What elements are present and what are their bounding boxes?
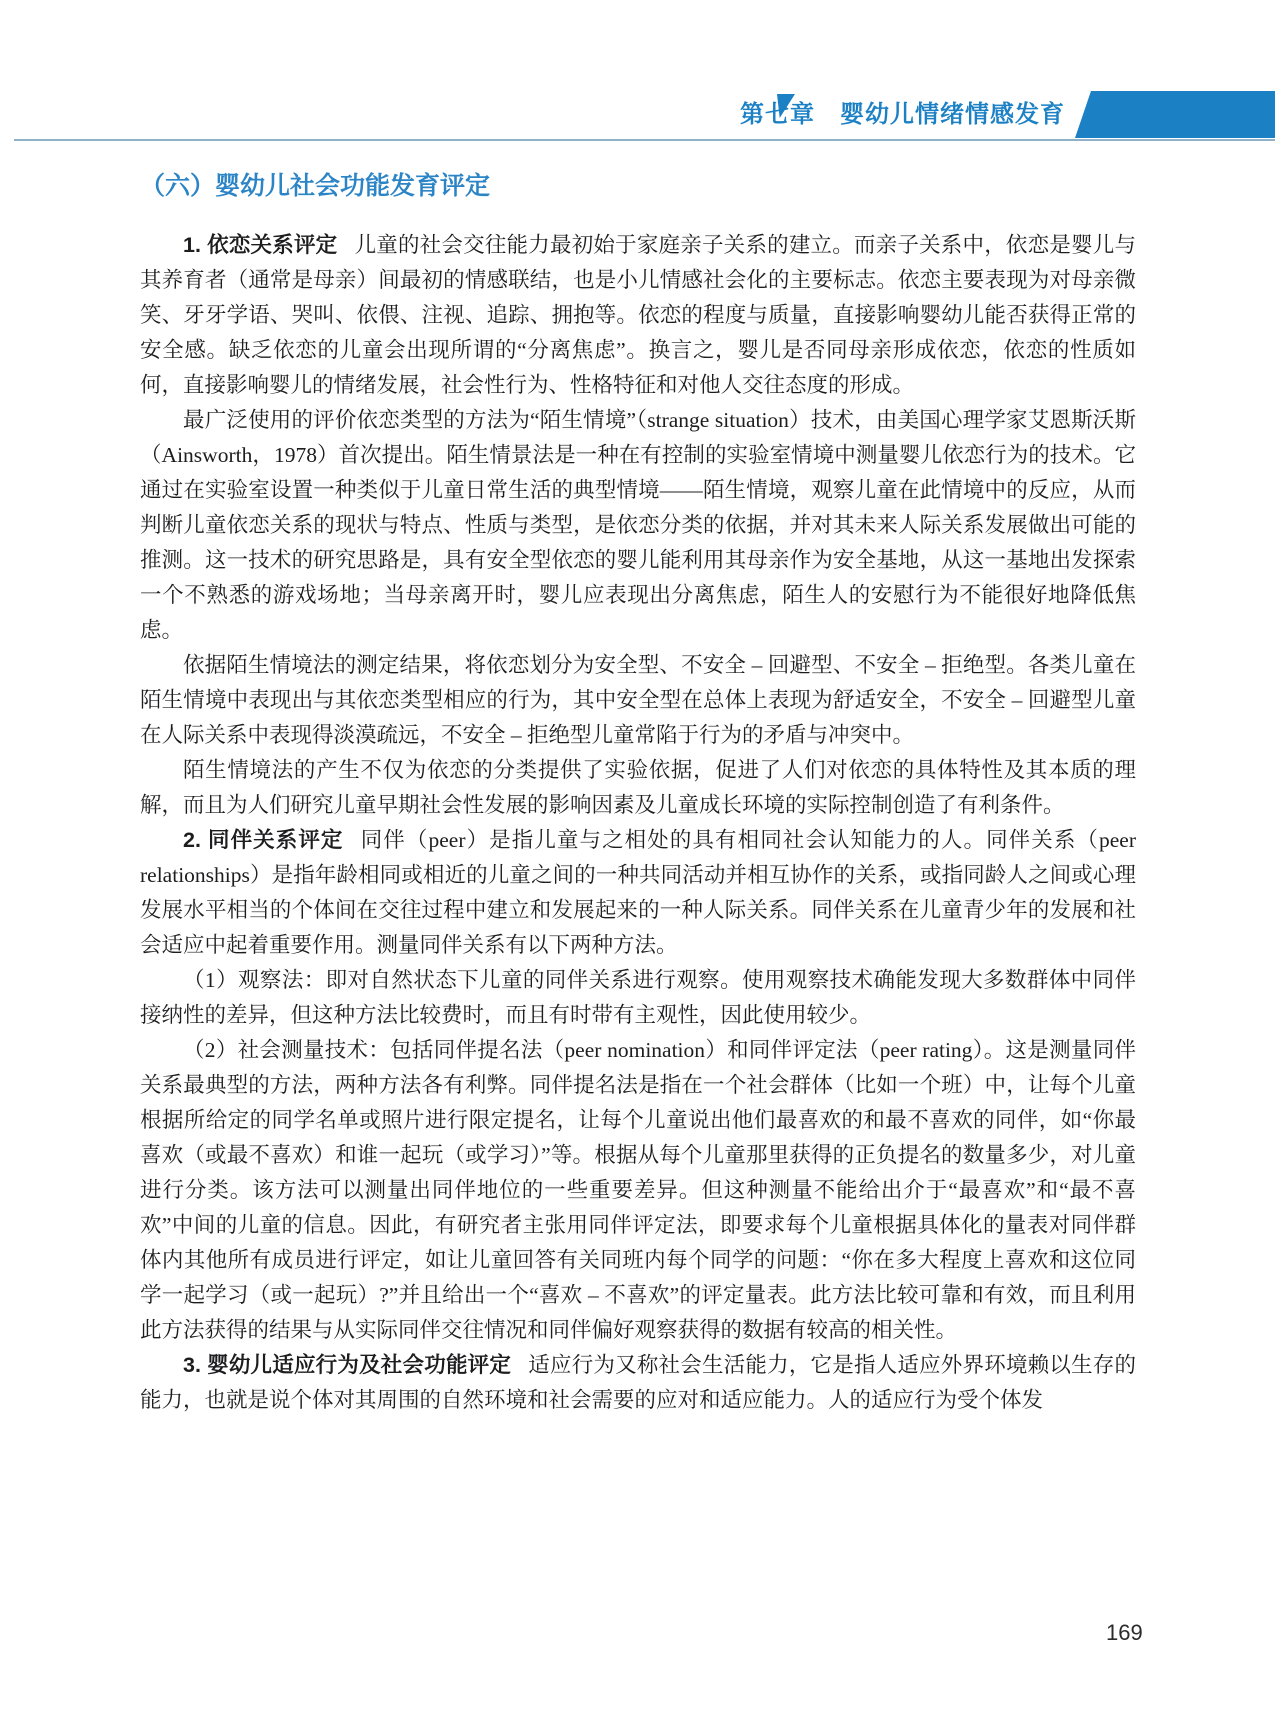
chapter-title: 第七章 婴幼儿情绪情感发育 — [740, 98, 1065, 132]
paragraph-text: 陌生情境法的产生不仅为依恋的分类提供了实验依据，促进了人们对依恋的具体特性及其本… — [140, 758, 1136, 817]
paragraph-text: 儿童的社会交往能力最初始于家庭亲子关系的建立。而亲子关系中，依恋是婴儿与其养育者… — [140, 233, 1136, 397]
chapter-banner-bar — [1075, 91, 1275, 138]
book-page: 第七章 婴幼儿情绪情感发育 （六）婴幼儿社会功能发育评定 1. 依恋关系评定儿童… — [0, 0, 1275, 1718]
paragraph-lead: 3. 婴幼儿适应行为及社会功能评定 — [183, 1353, 511, 1377]
paragraph-sociometric-technique: （2）社会测量技术：包括同伴提名法（peer nomination）和同伴评定法… — [140, 1033, 1136, 1348]
page-number: 169 — [1106, 1620, 1143, 1646]
paragraph-text: （1）观察法：即对自然状态下儿童的同伴关系进行观察。使用观察技术确能发现大多数群… — [140, 968, 1136, 1027]
paragraph-text: （2）社会测量技术：包括同伴提名法（peer nomination）和同伴评定法… — [140, 1038, 1136, 1342]
header-rule — [14, 139, 1275, 141]
paragraph-observation-method: （1）观察法：即对自然状态下儿童的同伴关系进行观察。使用观察技术确能发现大多数群… — [140, 963, 1136, 1033]
paragraph-adaptive-behavior: 3. 婴幼儿适应行为及社会功能评定适应行为又称社会生活能力，它是指人适应外界环境… — [140, 1348, 1136, 1418]
page-header: 第七章 婴幼儿情绪情感发育 — [0, 0, 1275, 142]
paragraph-strange-situation: 最广泛使用的评价依恋类型的方法为“陌生情境”（strange situation… — [140, 403, 1136, 648]
paragraph-text: 依据陌生情境法的测定结果，将依恋划分为安全型、不安全 – 回避型、不安全 – 拒… — [140, 653, 1136, 747]
paragraph-peer-relationship: 2. 同伴关系评定同伴（peer）是指儿童与之相处的具有相同社会认知能力的人。同… — [140, 823, 1136, 963]
section-title: （六）婴幼儿社会功能发育评定 — [140, 170, 1136, 202]
paragraph-strange-situation-value: 陌生情境法的产生不仅为依恋的分类提供了实验依据，促进了人们对依恋的具体特性及其本… — [140, 753, 1136, 823]
paragraph-attachment-evaluation: 1. 依恋关系评定儿童的社会交往能力最初始于家庭亲子关系的建立。而亲子关系中，依… — [140, 228, 1136, 403]
paragraph-attachment-types: 依据陌生情境法的测定结果，将依恋划分为安全型、不安全 – 回避型、不安全 – 拒… — [140, 648, 1136, 753]
paragraph-lead: 2. 同伴关系评定 — [183, 828, 344, 852]
paragraph-text: 最广泛使用的评价依恋类型的方法为“陌生情境”（strange situation… — [140, 408, 1136, 642]
page-content: （六）婴幼儿社会功能发育评定 1. 依恋关系评定儿童的社会交往能力最初始于家庭亲… — [140, 170, 1136, 1418]
paragraph-lead: 1. 依恋关系评定 — [183, 233, 337, 257]
